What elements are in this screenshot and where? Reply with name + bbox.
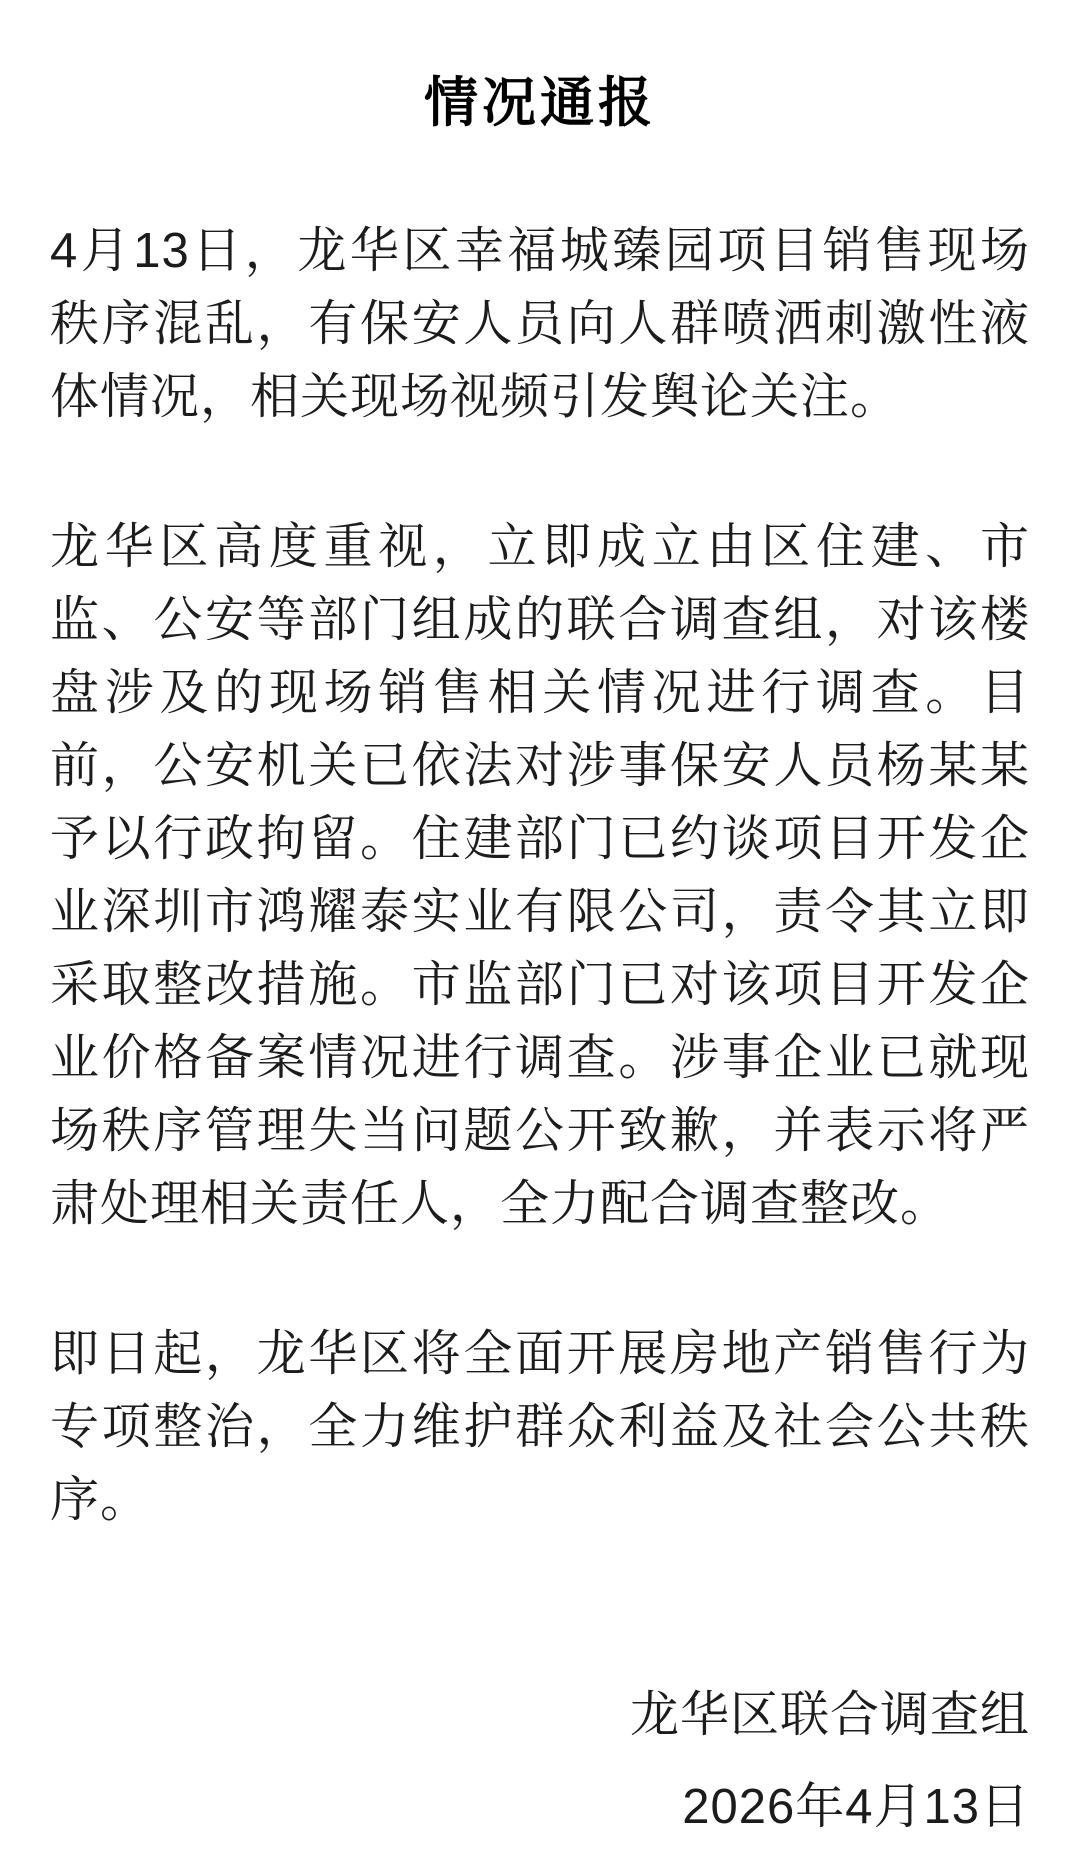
notice-paragraph-incident: 4月13日，龙华区幸福城臻园项目销售现场秩序混乱，有保安人员向人群喷洒刺激性液体… bbox=[50, 215, 1030, 434]
signature-issuer: 龙华区联合调查组 bbox=[50, 1669, 1030, 1761]
notice-title: 情况通报 bbox=[50, 0, 1030, 130]
signature-date: 2026年4月13日 bbox=[50, 1761, 1030, 1849]
notice-document: 情况通报 4月13日，龙华区幸福城臻园项目销售现场秩序混乱，有保安人员向人群喷洒… bbox=[0, 0, 1080, 1849]
signature-block: 龙华区联合调查组 2026年4月13日 bbox=[50, 1669, 1030, 1849]
notice-paragraph-response: 龙华区高度重视，立即成立由区住建、市监、公安等部门组成的联合调查组，对该楼盘涉及… bbox=[50, 511, 1030, 1241]
notice-paragraph-followup: 即日起，龙华区将全面开展房地产销售行为专项整治，全力维护群众利益及社会公共秩序。 bbox=[50, 1318, 1030, 1537]
